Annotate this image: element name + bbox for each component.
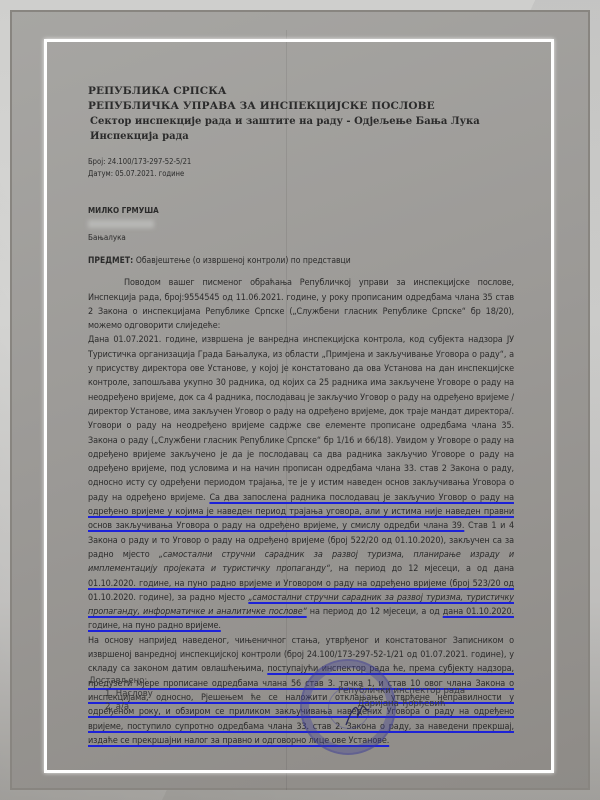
paragraph-intro: Поводом вашег писменог обраћања Републич… [88,276,514,333]
signature-block: Републички инспектор рада Даријана Ђорђе… [338,685,465,711]
document-meta: Број: 24.100/173-297-52-5/21 Датум: 05.0… [88,156,514,180]
delivered-item: 1. Наслову [89,688,153,701]
subject-text: Обавјештење (о извршеној контроли) по пр… [136,256,351,266]
findings-text-e: на период до 12 мјесеци, а од [307,607,443,617]
signatory-title: Републички инспектор рада [338,685,465,698]
letter-footer: Достављено: 1. Наслову 2. а/а Републички… [88,665,514,745]
signatory-name: Даријана Ђорђевић [338,698,465,711]
recipient-city: Бањалука [88,231,514,244]
highlight-2: 01.10.2020. године, на пуно радно вријем… [88,579,514,589]
delivered-item: 2. а/а [89,701,153,714]
header-republic: РЕПУБЛИКА СРПСКА [88,84,514,99]
header-sector: Сектор инспекције рада и заштите на раду… [88,114,514,129]
findings-text-d: 01.10.2020. године), за радно мјесто [88,593,248,603]
header-inspection: Инспекција рада [88,129,514,144]
redacted-address [88,220,154,228]
header-agency: РЕПУБЛИЧКА УПРАВА ЗА ИНСПЕКЦИЈСКЕ ПОСЛОВ… [88,99,514,114]
document-date: Датум: 05.07.2021. године [88,168,514,180]
paragraph-findings: Дана 01.07.2021. године, извршена је ван… [88,333,514,633]
letter: РЕПУБЛИКА СРПСКА РЕПУБЛИЧКА УПРАВА ЗА ИН… [88,84,514,748]
recipient-name: МИЛКО ГРМУША [88,204,514,217]
delivered-list: Достављено: 1. Наслову 2. а/а [89,675,153,714]
subject-line: ПРЕДМЕТ: Обавјештење (о извршеној контро… [88,254,514,268]
delivered-label: Достављено: [89,675,153,688]
subject-label: ПРЕДМЕТ: [88,256,133,266]
findings-text-c: , на период до 12 мјесеци, а од дана [330,564,514,574]
document-number: Број: 24.100/173-297-52-5/21 [88,156,514,168]
findings-text-a: Дана 01.07.2021. године, извршена је ван… [88,335,514,502]
